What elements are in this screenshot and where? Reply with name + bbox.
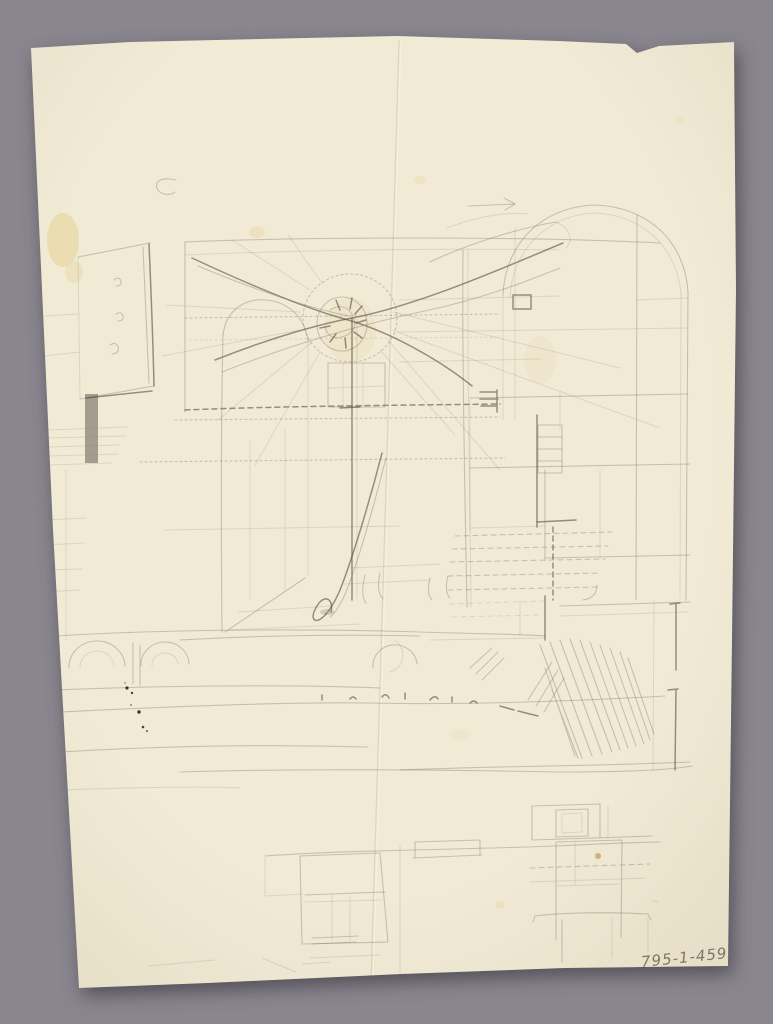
sheet-photo: 795-1-4597 <box>0 0 773 1024</box>
paper-sheet <box>31 36 736 988</box>
photograph-of-drawing: 795-1-4597 <box>0 0 773 1024</box>
